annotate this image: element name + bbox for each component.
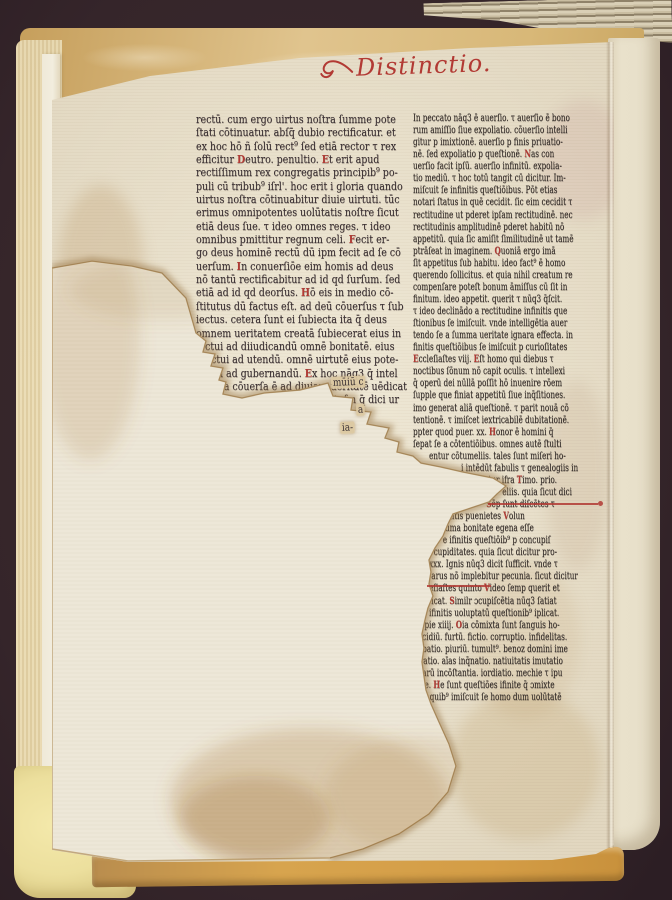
red-pointer-rule bbox=[488, 503, 598, 505]
red-underline bbox=[427, 585, 491, 587]
paper-fragment: ia- bbox=[340, 421, 355, 434]
page-edge-ridge bbox=[606, 42, 614, 848]
manuscript-leaf: Distinctio. rectū. cum ergo uirtus noſtr… bbox=[0, 0, 672, 900]
paper-fragment: a bbox=[356, 404, 365, 416]
paper-fragment: mūiū c bbox=[331, 376, 365, 389]
photo-backdrop: Distinctio. rectū. cum ergo uirtus noſtr… bbox=[0, 0, 672, 900]
underlying-page-surface bbox=[608, 38, 660, 850]
red-dot bbox=[598, 501, 603, 506]
torn-area-overlay bbox=[0, 0, 672, 900]
